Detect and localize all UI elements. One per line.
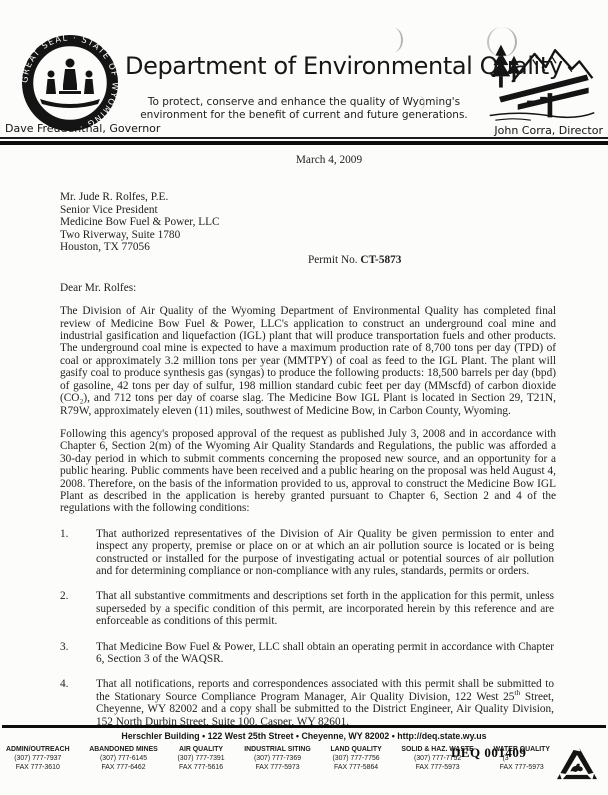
dept-phone: (307) 777-7369 bbox=[244, 754, 310, 763]
director-name: John Corra, Director bbox=[494, 124, 603, 137]
dept-name: LAND QUALITY bbox=[330, 745, 381, 754]
header-rule-thin bbox=[0, 137, 608, 139]
footer-col-industrial-siting: INDUSTRIAL SITING (307) 777-7369 FAX 777… bbox=[244, 745, 310, 772]
permit-number: CT-5873 bbox=[360, 254, 401, 266]
dept-fax: FAX 777-6462 bbox=[89, 763, 158, 772]
governor-name: Dave Freudenthal, Governor bbox=[5, 122, 160, 135]
footer-col-air-quality: AIR QUALITY (307) 777-7391 FAX 777-5616 bbox=[177, 745, 224, 772]
wyoming-state-seal-icon: GREAT SEAL · STATE OF WYOMING · bbox=[20, 33, 120, 133]
condition-number: 3. bbox=[60, 641, 96, 666]
agency-tagline: To protect, conserve and enhance the qua… bbox=[110, 96, 498, 122]
dept-name: INDUSTRIAL SITING bbox=[244, 745, 310, 754]
dept-phone: (307) 777-7391 bbox=[177, 754, 224, 763]
dept-name: ADMIN/OUTREACH bbox=[6, 745, 70, 754]
dept-phone: (307) 777-7756 bbox=[330, 754, 381, 763]
condition-text: That all substantive commitments and des… bbox=[96, 590, 556, 627]
condition-item-1: 1. That authorized representatives of th… bbox=[60, 528, 556, 578]
dept-fax: FAX 777-5973 bbox=[493, 763, 550, 772]
recipient-name: Mr. Jude R. Rolfes, P.E. bbox=[60, 191, 556, 203]
tagline-line-2: environment for the benefit of current a… bbox=[110, 109, 498, 122]
mountain-scene-icon bbox=[486, 38, 598, 124]
footer-rule bbox=[2, 725, 606, 728]
recipient-company: Medicine Bow Fuel & Power, LLC bbox=[60, 216, 556, 228]
dept-fax: FAX 777-5864 bbox=[330, 763, 381, 772]
scanned-letter-page: GREAT SEAL · STATE OF WYOMING · Departme… bbox=[0, 0, 608, 795]
dept-phone: (307) 777-7937 bbox=[6, 754, 70, 763]
footer-col-admin: ADMIN/OUTREACH (307) 777-7937 FAX 777-36… bbox=[6, 745, 70, 772]
footer-col-abandoned-mines: ABANDONED MINES (307) 777-6145 FAX 777-6… bbox=[89, 745, 158, 772]
permit-number-line: Permit No. CT-5873 bbox=[60, 254, 556, 266]
letterhead: GREAT SEAL · STATE OF WYOMING · Departme… bbox=[0, 0, 608, 146]
condition-text: That all notifications, reports and corr… bbox=[96, 678, 556, 728]
condition-number: 2. bbox=[60, 590, 96, 627]
letter-body: March 4, 2009 Mr. Jude R. Rolfes, P.E. S… bbox=[60, 146, 556, 728]
permit-label: Permit No. bbox=[308, 254, 360, 266]
condition-text: That authorized representatives of the D… bbox=[96, 528, 556, 578]
dept-name: ABANDONED MINES bbox=[89, 745, 158, 754]
recipient-address-block: Mr. Jude R. Rolfes, P.E. Senior Vice Pre… bbox=[60, 191, 556, 253]
tagline-line-1: To protect, conserve and enhance the qua… bbox=[110, 96, 498, 109]
bates-stamp: DEQ 001409 bbox=[451, 745, 526, 761]
recycle-horse-emblem-icon bbox=[556, 742, 598, 782]
dept-fax: FAX 777-5973 bbox=[401, 763, 473, 772]
condition-item-4: 4. That all notifications, reports and c… bbox=[60, 678, 556, 728]
letter-date: March 4, 2009 bbox=[60, 154, 556, 166]
recipient-street: Two Riverway, Suite 1780 bbox=[60, 229, 556, 241]
condition-text: That Medicine Bow Fuel & Power, LLC shal… bbox=[96, 641, 556, 666]
condition-text-a: That all notifications, reports and corr… bbox=[96, 678, 554, 702]
condition-item-3: 3. That Medicine Bow Fuel & Power, LLC s… bbox=[60, 641, 556, 666]
footer-address-line: Herschler Building • 122 West 25th Stree… bbox=[0, 731, 608, 741]
paragraph-1: The Division of Air Quality of the Wyomi… bbox=[60, 305, 556, 417]
header-rule-thick bbox=[0, 141, 608, 145]
recipient-title: Senior Vice President bbox=[60, 204, 556, 216]
dept-fax: FAX 777-5973 bbox=[244, 763, 310, 772]
dept-name: AIR QUALITY bbox=[177, 745, 224, 754]
salutation: Dear Mr. Rolfes: bbox=[60, 282, 556, 294]
paragraph-2: Following this agency's proposed approva… bbox=[60, 428, 556, 515]
agency-title: Department of Environmental Quality bbox=[125, 52, 488, 80]
condition-number: 1. bbox=[60, 528, 96, 578]
condition-number: 4. bbox=[60, 678, 96, 728]
footer-col-land-quality: LAND QUALITY (307) 777-7756 FAX 777-5864 bbox=[330, 745, 381, 772]
dept-phone: (307) 777-6145 bbox=[89, 754, 158, 763]
condition-item-2: 2. That all substantive commitments and … bbox=[60, 590, 556, 627]
dept-fax: FAX 777-5616 bbox=[177, 763, 224, 772]
recipient-city: Houston, TX 77056 bbox=[60, 241, 556, 253]
dept-fax: FAX 777-3610 bbox=[6, 763, 70, 772]
